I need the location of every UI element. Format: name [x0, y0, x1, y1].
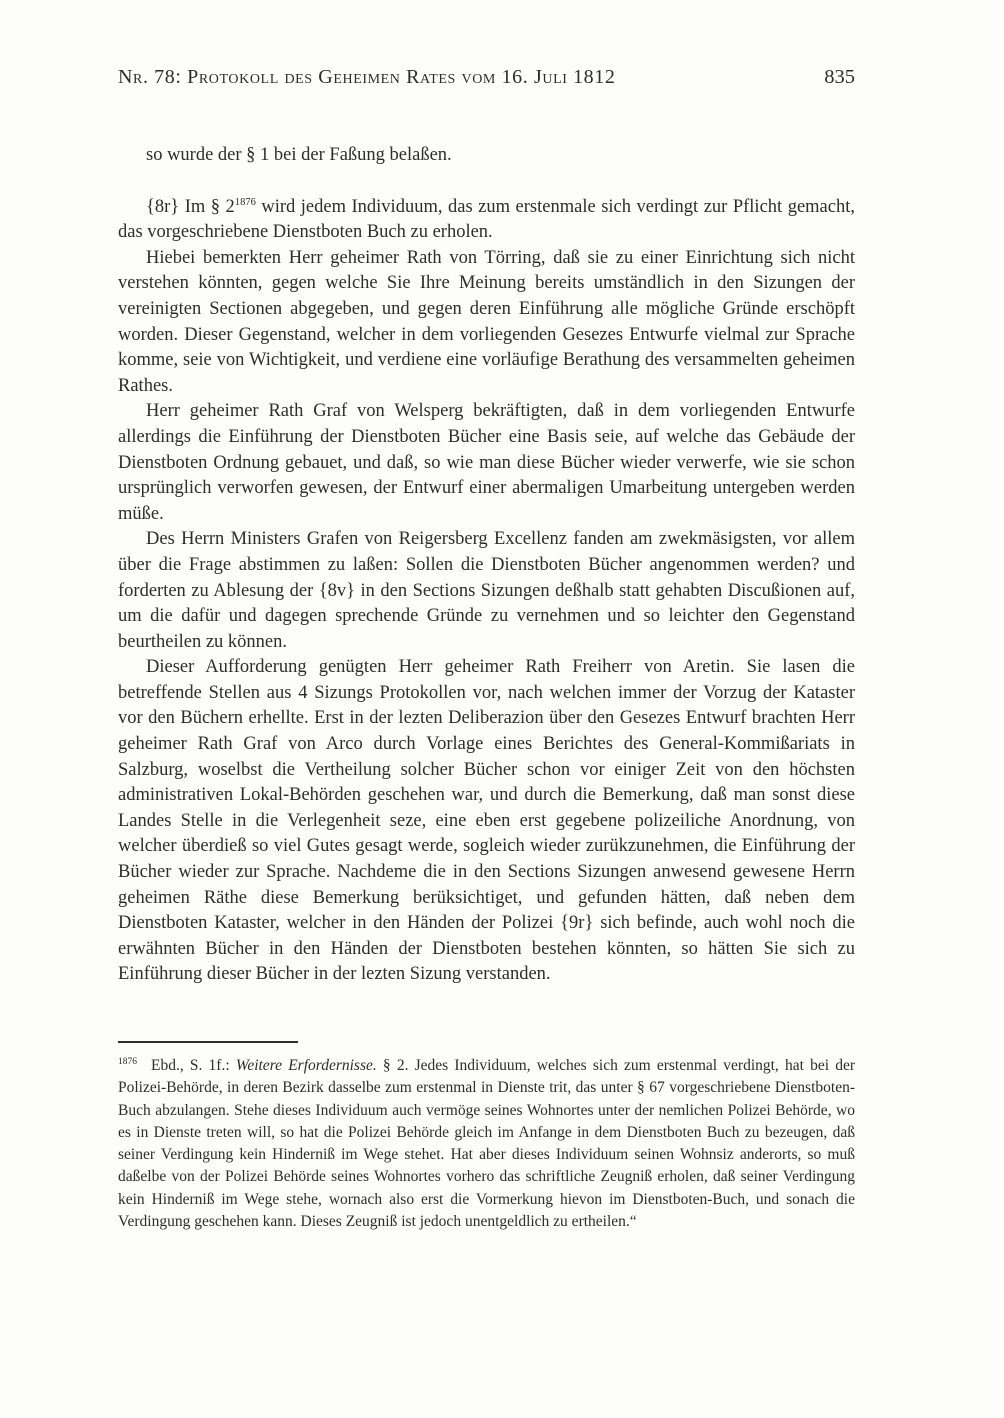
footnote-1876: 1876Ebd., S. 1f.: Weitere Erfordernisse.…: [118, 1055, 855, 1233]
main-text-block: so wurde der § 1 bei der Faßung belaßen.…: [118, 143, 855, 988]
footnote-text-before-italic: Ebd., S. 1f.:: [151, 1057, 236, 1074]
document-page: Nr. 78: Protokoll des Geheimen Rates vom…: [0, 0, 1004, 1418]
footnote-reference-1876: 1876: [235, 197, 256, 208]
footnote-source-title: Weitere Erfordernisse.: [236, 1057, 377, 1074]
footnote-text-after-italic: § 2. Jedes Individuum, welches sich zum …: [118, 1057, 855, 1230]
footnote-number: 1876: [118, 1057, 137, 1067]
paragraph-toerring: Hiebei bemerkten Herr geheimer Rath von …: [118, 246, 855, 400]
paragraph-welsperg: Herr geheimer Rath Graf von Welsperg bek…: [118, 399, 855, 527]
paragraph-resolution: so wurde der § 1 bei der Faßung belaßen.: [118, 143, 855, 169]
footnote-separator-rule: [118, 1041, 298, 1043]
footnote-section: 1876Ebd., S. 1f.: Weitere Erfordernisse.…: [118, 1041, 855, 1233]
paragraph-aretin: Dieser Aufforderung genügten Herr geheim…: [118, 655, 855, 988]
running-header-title: Nr. 78: Protokoll des Geheimen Rates vom…: [118, 66, 616, 89]
paragraph-section2: {8r} Im § 21876 wird jedem Individuum, d…: [118, 195, 855, 246]
page-header: Nr. 78: Protokoll des Geheimen Rates vom…: [118, 66, 855, 89]
paragraph-section2-text-before: {8r} Im § 2: [146, 197, 235, 217]
paragraph-reigersberg: Des Herrn Ministers Grafen von Reigersbe…: [118, 527, 855, 655]
page-number: 835: [824, 66, 855, 89]
